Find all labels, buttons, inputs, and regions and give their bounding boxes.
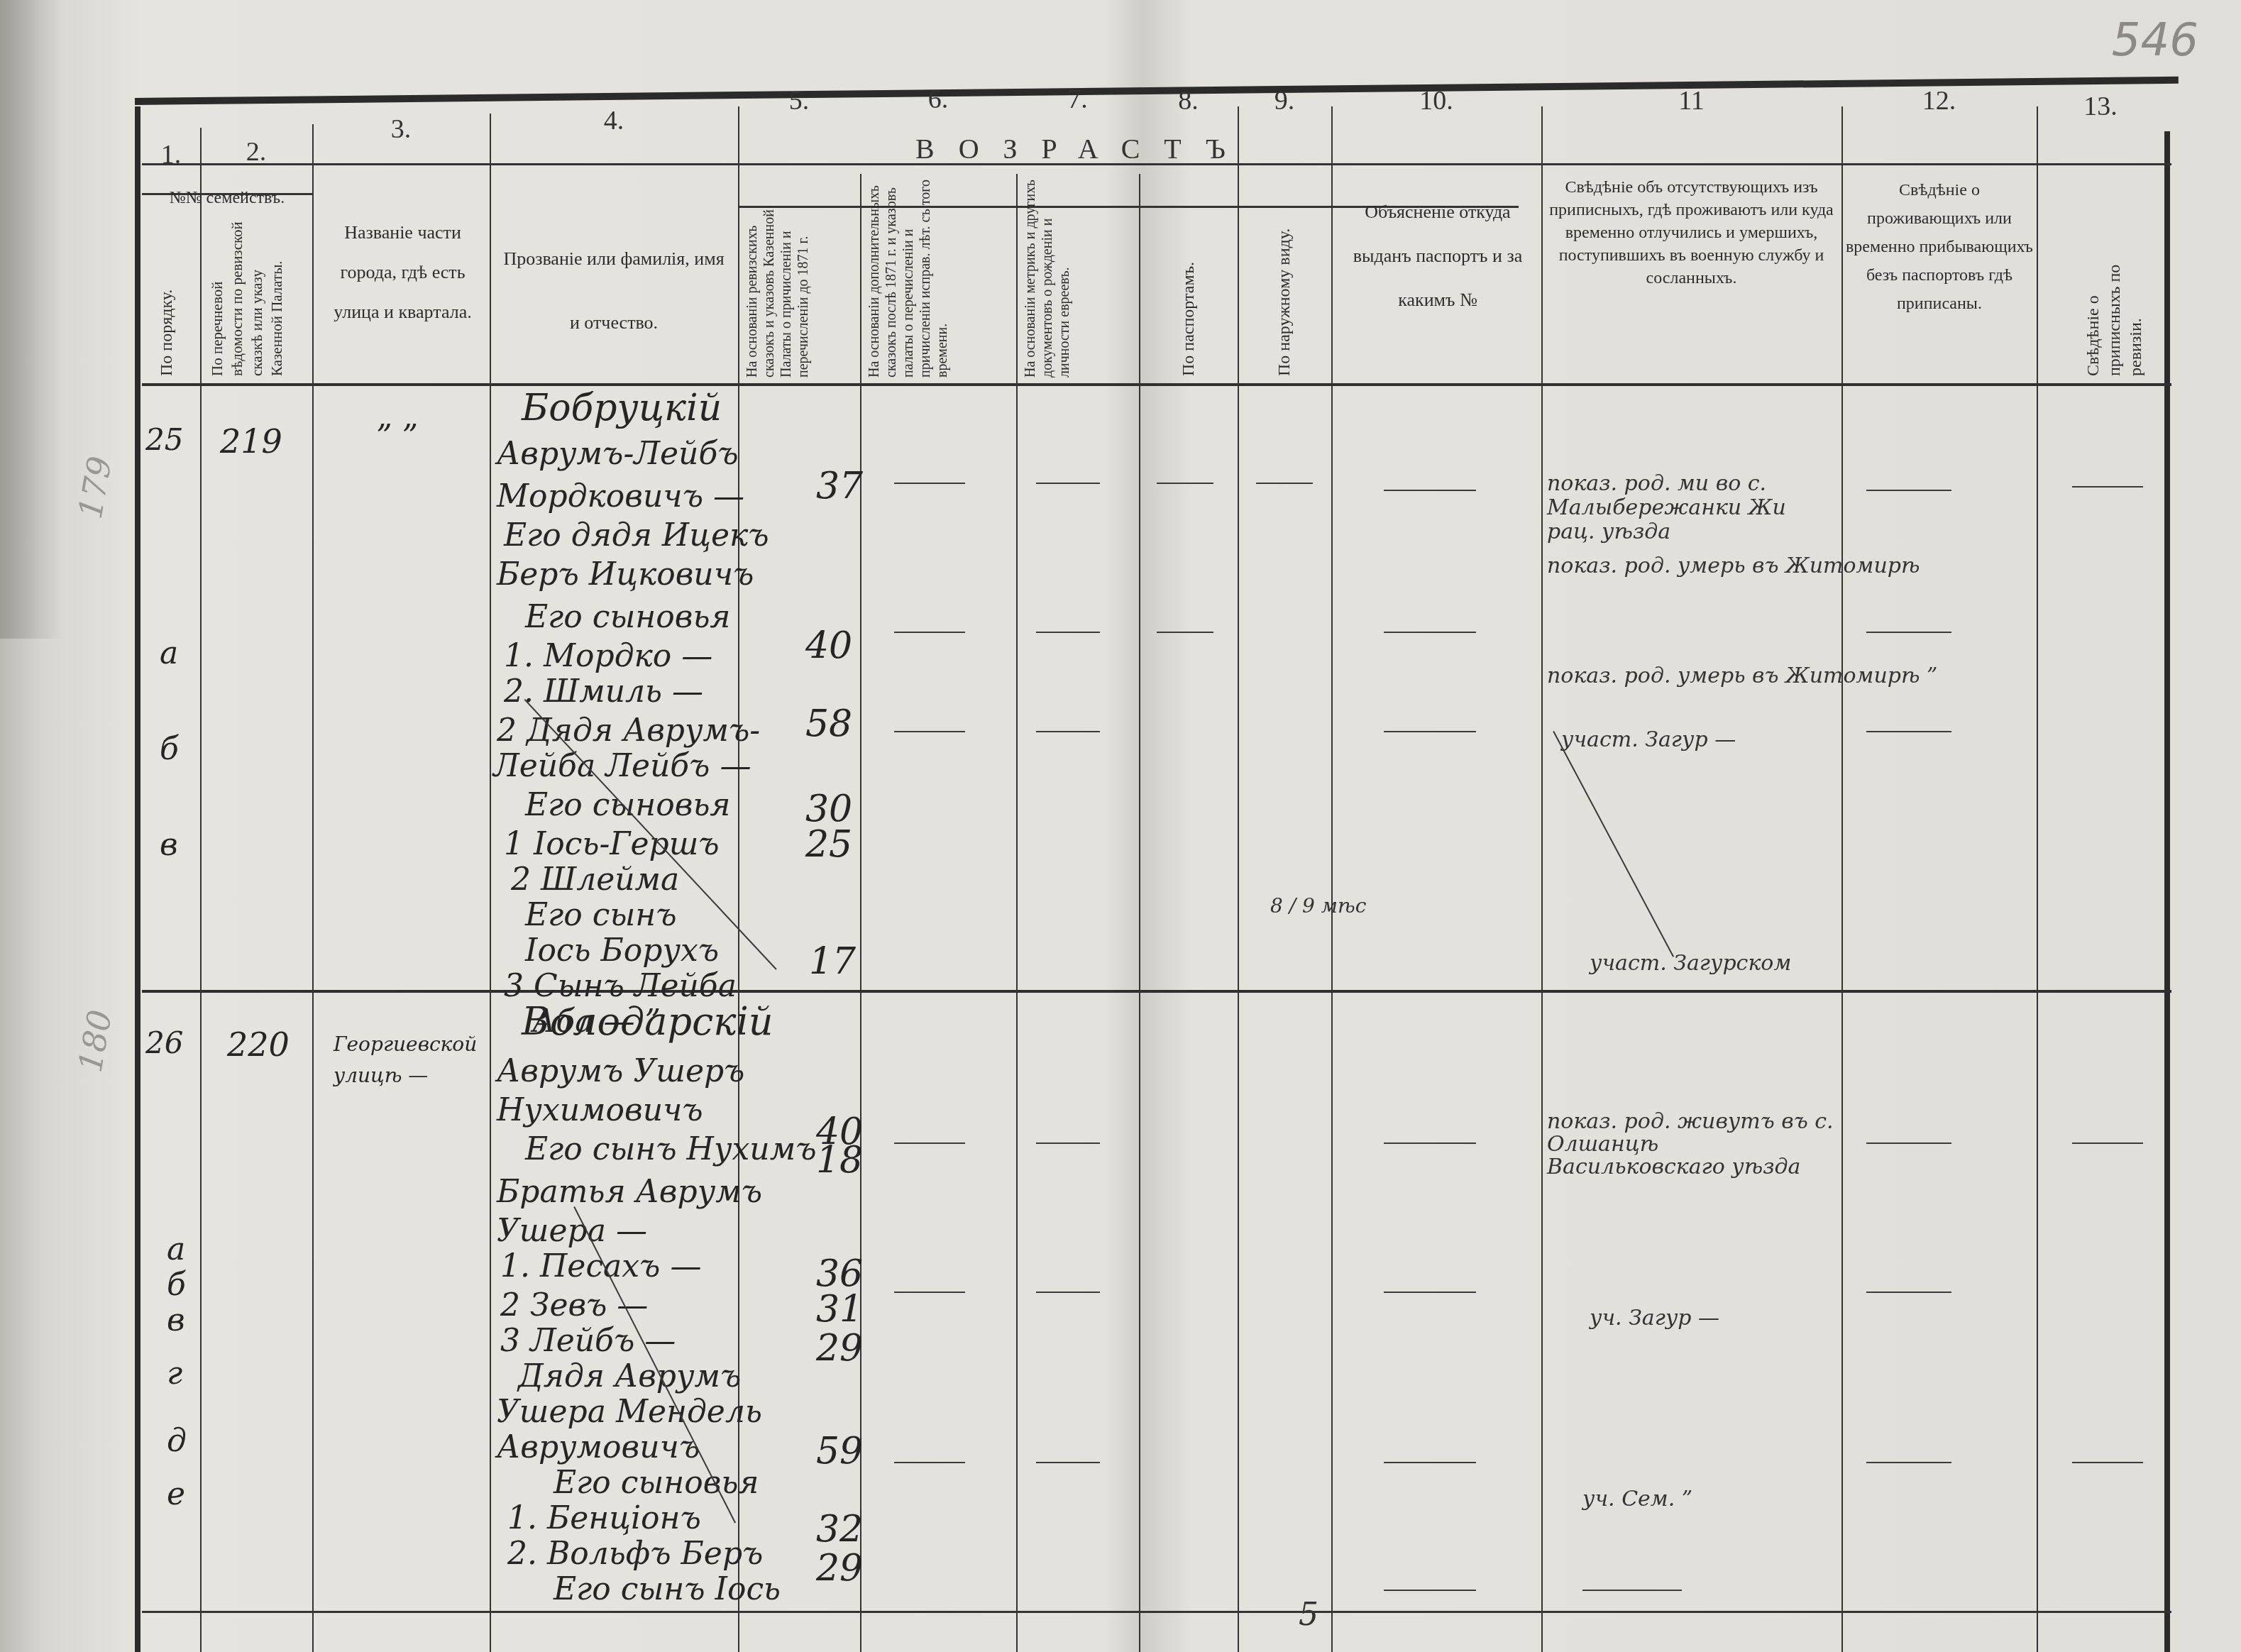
vline-c9	[1331, 106, 1333, 1652]
family-26-list-no: 220	[227, 1025, 290, 1064]
dash-mark	[1384, 1462, 1476, 1463]
dash-mark	[1036, 483, 1100, 484]
colnum-8: 8.	[1139, 85, 1238, 116]
dash-mark	[1384, 1590, 1476, 1591]
header-col1: По порядку.	[156, 213, 177, 376]
dash-mark	[1384, 490, 1476, 491]
dash-mark	[894, 632, 965, 633]
dash-mark	[1036, 1142, 1100, 1144]
family-26-letter-b: б	[167, 1267, 186, 1303]
family-26-col11-note-2: уч. Загур —	[1590, 1306, 1719, 1331]
colnum-6: 6.	[860, 84, 1016, 115]
folio-number: 546	[2112, 14, 2198, 67]
dash-mark	[1384, 1292, 1476, 1293]
family-26-street: Георгиевской улицѣ —	[334, 1029, 483, 1091]
vline-c2	[312, 124, 314, 1652]
family-25-age-6: 17	[809, 940, 856, 983]
margin-note-180: 180	[71, 1007, 119, 1075]
header-col2: По перечневой вѣдомости по ревизской ска…	[207, 213, 307, 376]
header-col6: На основаніи дополнительныхъ сказокъ пос…	[866, 177, 1011, 378]
vline-c7	[1139, 174, 1140, 1652]
header-col12: Свѣдѣніе о проживающихъ или временно при…	[1844, 176, 2035, 318]
colnum-12: 12.	[1841, 85, 2037, 116]
family-26-col9-note: 5	[1299, 1597, 1318, 1633]
header-col7: На основаніи метрикъ и другихъ документо…	[1022, 177, 1135, 378]
header-col11: Свѣдѣніе объ отсутствующихъ изъ приписны…	[1544, 176, 1839, 290]
rule-family-25-bottom	[142, 990, 2171, 993]
dash-mark	[1384, 632, 1476, 633]
dash-mark	[2072, 486, 2143, 488]
vline-c8	[1238, 106, 1239, 1652]
dash-mark	[1866, 632, 1951, 633]
dash-mark	[1036, 632, 1100, 633]
dash-mark	[1384, 1142, 1476, 1144]
dash-mark	[894, 1142, 965, 1144]
dash-mark	[2072, 1462, 2143, 1463]
dash-mark	[1866, 1292, 1951, 1293]
dash-mark	[1036, 1462, 1100, 1463]
dash-mark	[1036, 1292, 1100, 1293]
dash-mark	[1036, 731, 1100, 732]
family-25-col11-note-4: участ. Загур —	[1561, 727, 1736, 752]
family-26-age-6: 59	[816, 1430, 863, 1472]
vline-c10	[1541, 106, 1543, 1652]
family-26-age-7: 32	[816, 1508, 863, 1551]
dash-mark	[1582, 1590, 1682, 1591]
family-25-col11-note-2: показ. род. умерь въ Житомирѣ	[1547, 554, 1920, 578]
family-25-age-1: 37	[816, 465, 863, 507]
family-26-letter-g: г	[167, 1355, 182, 1392]
colnum-13: 13.	[2037, 91, 2164, 122]
header-col4: Прозваніе или фамилія, имя и отчество.	[497, 227, 731, 355]
header-families-group: №№ семействъ.	[145, 186, 309, 210]
family-25-letter-b: б	[160, 731, 179, 767]
header-col10: Объясненіе откуда выданъ паспортъ и за к…	[1338, 190, 1537, 322]
header-age-group: ВОЗРАСТЪ	[915, 132, 1250, 165]
vline-c1	[200, 128, 202, 1652]
rule-family-26-bottom	[142, 1611, 2171, 1613]
colnum-5: 5.	[738, 85, 860, 116]
family-26-letter-a: а	[167, 1231, 185, 1267]
family-26-col11-note-1: показ. род. живутъ въ с. Олшанцѣ Васильк…	[1547, 1111, 1838, 1179]
ledger-table	[135, 106, 2184, 1652]
colnum-2: 2.	[200, 136, 312, 167]
family-26-age-4: 31	[816, 1288, 863, 1331]
dash-mark	[2072, 1142, 2143, 1144]
dash-mark	[1256, 483, 1313, 484]
rule-header-bottom	[142, 383, 2171, 386]
margin-note-179: 179	[71, 453, 119, 522]
vline-c12	[2037, 106, 2038, 1652]
colnum-11: 11	[1541, 85, 1841, 116]
dash-mark	[894, 1292, 965, 1293]
family-25-col11-note-1: показ. род. ми во с. Малыбережанки Жи ра…	[1547, 472, 1838, 544]
dash-mark	[1157, 483, 1213, 484]
family-26-letter-v: в	[167, 1302, 185, 1338]
table-right-border	[2164, 131, 2170, 1652]
colnum-3: 3.	[312, 114, 490, 145]
dash-mark	[894, 483, 965, 484]
family-25-col9-note: 8 / 9 мѣс	[1270, 894, 1366, 918]
colnum-4: 4.	[490, 105, 738, 136]
ledger-page: 546 179 180 1. 2. 3. 4. 5. 6. 7. 8. 9. 1…	[0, 0, 2241, 1652]
family-25-order-no: 25	[145, 422, 183, 457]
family-25-letter-v: в	[160, 827, 178, 863]
dash-mark	[1866, 1462, 1951, 1463]
colnum-10: 10.	[1331, 85, 1541, 116]
family-25-street: ” ”	[376, 419, 418, 455]
family-26-age-8: 29	[816, 1547, 863, 1590]
dash-mark	[894, 731, 965, 732]
header-col13: Свѣдѣніе о приписныхъ по ревизіи.	[2083, 206, 2125, 376]
vline-c6	[1016, 174, 1018, 1652]
family-26-letter-e: е	[167, 1476, 185, 1512]
family-25-col11-note-5: участ. Загурском	[1590, 951, 1791, 976]
dash-mark	[894, 1462, 965, 1463]
dash-mark	[1866, 731, 1951, 732]
family-26-col11-note-3: уч. Сем. ”	[1582, 1487, 1692, 1511]
dash-mark	[1866, 490, 1951, 491]
dash-mark	[1866, 1142, 1951, 1144]
colnum-9: 9.	[1238, 85, 1331, 116]
header-col3: Названіе части города, гдѣ есть улица и …	[319, 213, 486, 332]
family-25-age-5: 25	[805, 823, 852, 866]
family-25-age-3: 58	[805, 703, 852, 745]
family-25-col11-note-3: показ. род. умерь въ Житомирѣ ”	[1547, 663, 1937, 688]
page-edge-stain	[0, 0, 64, 639]
header-col5: На основаніи ревизскихъ сказокъ и указов…	[744, 177, 856, 378]
family-26-age-2: 18	[816, 1139, 863, 1182]
vline-c3	[490, 114, 491, 1652]
vline-c11	[1841, 106, 1843, 1652]
family-25-list-no: 219	[220, 422, 282, 461]
header-col9: По наружному виду.	[1274, 177, 1295, 376]
family-25-age-2: 40	[805, 624, 852, 667]
colnum-7: 7.	[1016, 84, 1139, 115]
dash-mark	[1157, 632, 1213, 633]
family-26-order-no: 26	[145, 1025, 183, 1060]
header-col8: По паспортамъ.	[1178, 206, 1199, 376]
family-26-letter-d: д	[167, 1423, 187, 1459]
colnum-1: 1.	[142, 139, 200, 170]
dash-mark	[1384, 731, 1476, 732]
family-26-age-5: 29	[816, 1327, 863, 1370]
family-25-letter-a: а	[160, 635, 178, 671]
